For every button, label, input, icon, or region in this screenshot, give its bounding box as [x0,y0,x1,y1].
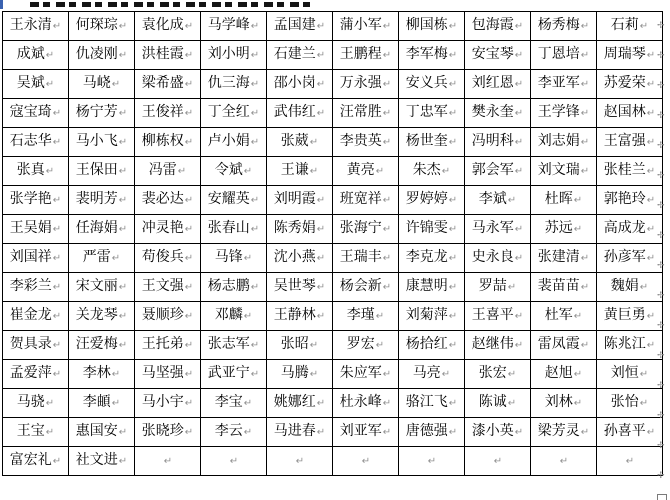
cell-end-mark-icon: ↵ [647,137,655,148]
cell-end-mark-icon: ↵ [185,79,193,90]
name-cell[interactable]: 黄巨勇↵ [597,302,663,331]
name-cell[interactable]: 苏远↵ [531,215,597,244]
name-cell[interactable]: 王静林↵ [267,302,333,331]
name-text: 袁化成 [142,18,184,33]
name-cell[interactable]: 寇宝琦↵ [3,99,69,128]
name-cell[interactable]: 仇三海↵ [201,70,267,99]
name-text: 马学峰 [208,18,250,33]
name-text: 雷凤霞 [538,337,580,352]
name-text: 陈诚 [479,395,507,410]
cell-end-mark-icon: ↵ [164,456,172,467]
name-cell[interactable]: 梁希盛↵ [135,70,201,99]
name-cell[interactable]: 孙彦军↵ [597,244,663,273]
name-text: 成斌 [17,47,45,62]
name-cell[interactable]: 孙喜平↵ [597,418,663,447]
name-text: 王保田 [76,163,118,178]
name-cell[interactable]: 张建清↵ [531,244,597,273]
name-cell[interactable]: 马小宇↵ [135,389,201,418]
name-cell[interactable]: 袁化成↵ [135,12,201,41]
cell-end-mark-icon: ↵ [317,195,325,206]
name-text: 班宽祥 [340,192,382,207]
name-cell[interactable]: 令斌↵ [201,157,267,186]
name-cell[interactable]: 杜军↵ [531,302,597,331]
name-cell[interactable]: 骆江飞↵ [399,389,465,418]
name-cell[interactable]: 裴必达↵ [135,186,201,215]
name-text: 吴斌 [17,76,45,91]
name-cell[interactable]: 王文强↵ [135,273,201,302]
name-cell[interactable]: 张学艳↵ [3,186,69,215]
name-cell[interactable]: 张春山↵ [201,215,267,244]
cell-end-mark-icon: ↵ [119,224,127,235]
name-cell[interactable]: 张桂兰↵ [597,157,663,186]
name-cell[interactable]: 赵国林↵ [597,99,663,128]
name-cell[interactable]: 安宝琴↵ [465,41,531,70]
name-text: 张怡 [611,395,639,410]
name-text: 张葳 [281,134,309,149]
name-cell[interactable]: 王吴娟↵ [3,215,69,244]
empty-cell[interactable]: ↵ [267,447,333,476]
cell-end-mark-icon: ↵ [449,427,457,438]
name-cell[interactable]: 赵旭↵ [531,360,597,389]
name-cell[interactable]: 裴明芳↵ [69,186,135,215]
name-cell[interactable]: 刘菊萍↵ [399,302,465,331]
cell-end-mark-icon: ↵ [581,21,589,32]
name-cell[interactable]: 王宝↵ [3,418,69,447]
cell-end-mark-icon: ↵ [449,137,457,148]
name-cell[interactable]: 崔金龙↵ [3,302,69,331]
name-text: 刘明霞 [274,192,316,207]
name-cell[interactable]: 梁芳灵↵ [531,418,597,447]
cell-end-mark-icon: ↵ [508,282,516,293]
row-end-mark-icon: ✢ [657,471,669,481]
name-roster-body: 王永清↵何琛琮↵袁化成↵马学峰↵孟国建↵蒲小军↵柳国栋↵包海霞↵杨秀梅↵石莉↵成… [3,12,663,476]
cell-end-mark-icon: ↵ [647,340,655,351]
name-cell[interactable]: 班宽祥↵ [333,186,399,215]
cell-end-mark-icon: ↵ [515,108,523,119]
name-cell[interactable]: 许锦雯↵ [399,215,465,244]
cell-end-mark-icon: ↵ [244,166,252,177]
name-text: 刘志娟 [538,134,580,149]
cell-end-mark-icon: ↵ [251,224,259,235]
name-text: 安义兵 [406,76,448,91]
cell-end-mark-icon: ↵ [310,137,318,148]
cell-end-mark-icon: ↵ [647,427,655,438]
cell-end-mark-icon: ↵ [244,398,252,409]
name-cell[interactable]: 李军梅↵ [399,41,465,70]
empty-cell[interactable]: ↵ [399,447,465,476]
name-cell[interactable]: 马坚强↵ [135,360,201,389]
name-text: 罗婷婷 [406,192,448,207]
name-cell[interactable]: 冲灵艳↵ [135,215,201,244]
name-text: 赵国林 [604,105,646,120]
name-cell[interactable]: 丁恩培↵ [531,41,597,70]
name-cell[interactable]: 张葳↵ [267,128,333,157]
name-cell[interactable]: 雷凤霞↵ [531,331,597,360]
name-cell[interactable]: 李瑾↵ [333,302,399,331]
name-cell[interactable]: 罗婷婷↵ [399,186,465,215]
cell-end-mark-icon: ↵ [581,253,589,264]
name-cell[interactable]: 苟俊兵↵ [135,244,201,273]
name-cell[interactable]: 刘志娟↵ [531,128,597,157]
name-text: 李克龙 [406,250,448,265]
name-cell[interactable]: 邵小岗↵ [267,70,333,99]
name-cell[interactable]: 罗喆↵ [465,273,531,302]
name-cell[interactable]: 成斌↵ [3,41,69,70]
name-cell[interactable]: 王谦↵ [267,157,333,186]
name-cell[interactable]: 刘文瑞↵ [531,157,597,186]
name-cell[interactable]: 朱杰↵ [399,157,465,186]
cell-end-mark-icon: ↵ [119,108,127,119]
name-text: 刘国祥 [10,250,52,265]
name-cell[interactable]: 李頔↵ [69,389,135,418]
name-cell[interactable]: 严雷↵ [69,244,135,273]
name-cell[interactable]: 唐德强↵ [399,418,465,447]
cell-end-mark-icon: ↵ [185,282,193,293]
name-text: 刘红恩 [472,76,514,91]
name-text: 王托弟 [142,337,184,352]
cell-end-mark-icon: ↵ [376,166,384,177]
cell-end-mark-icon: ↵ [383,79,391,90]
cell-end-mark-icon: ↵ [310,369,318,380]
table-row: 石志华↵马小飞↵柳栋权↵卢小娟↵张葳↵李贵英↵杨世奎↵冯明科↵刘志娟↵王富强↵ [3,128,663,157]
name-cell[interactable]: 高成龙↵ [597,215,663,244]
table-row: 马骁↵李頔↵马小宇↵李宝↵姚娜红↵杜永峰↵骆江飞↵陈诚↵刘林↵张怡↵ [3,389,663,418]
cell-end-mark-icon: ↵ [449,224,457,235]
name-text: 马小飞 [76,134,118,149]
name-text: 周瑞琴 [604,47,646,62]
name-cell[interactable]: 张晓珍↵ [135,418,201,447]
name-cell[interactable]: 苏爱荣↵ [597,70,663,99]
cell-end-mark-icon: ↵ [515,224,523,235]
name-cell[interactable]: 黄亮↵ [333,157,399,186]
name-cell[interactable]: 聂顺珍↵ [135,302,201,331]
cell-end-mark-icon: ↵ [383,398,391,409]
cell-end-mark-icon: ↵ [442,166,450,177]
name-cell[interactable]: 马峣↵ [69,70,135,99]
name-cell[interactable]: 漆小英↵ [465,418,531,447]
name-cell[interactable]: 任海娟↵ [69,215,135,244]
name-cell[interactable]: 李宝↵ [201,389,267,418]
name-cell[interactable]: 杨世奎↵ [399,128,465,157]
table-row: 吴斌↵马峣↵梁希盛↵仇三海↵邵小岗↵万永强↵安义兵↵刘红恩↵李亚军↵苏爱荣↵ [3,70,663,99]
name-cell[interactable]: 马锋↵ [201,244,267,273]
name-cell[interactable]: 姚娜红↵ [267,389,333,418]
name-text: 关龙琴 [76,308,118,323]
name-cell[interactable]: 马小飞↵ [69,128,135,157]
name-text: 丁忠军 [406,105,448,120]
name-cell[interactable]: 富宏礼↵ [3,447,69,476]
name-cell[interactable]: 王鹏程↵ [333,41,399,70]
name-cell[interactable]: 丁全红↵ [201,99,267,128]
name-cell[interactable]: 卢小娟↵ [201,128,267,157]
name-cell[interactable]: 沈小燕↵ [267,244,333,273]
name-cell[interactable]: 刘恒↵ [597,360,663,389]
name-cell[interactable]: 马腾↵ [267,360,333,389]
name-text: 吴世琴 [274,279,316,294]
name-cell[interactable]: 洪桂霞↵ [135,41,201,70]
empty-cell[interactable]: ↵ [465,447,531,476]
name-cell[interactable]: 张海宁↵ [333,215,399,244]
name-text: 马锋 [215,250,243,265]
cell-end-mark-icon: ↵ [185,108,193,119]
name-cell[interactable]: 李斌↵ [465,186,531,215]
cell-end-mark-icon: ↵ [251,340,259,351]
name-cell[interactable]: 杜晖↵ [531,186,597,215]
name-cell[interactable]: 刘林↵ [531,389,597,418]
name-cell[interactable]: 张宏↵ [465,360,531,389]
cell-end-mark-icon: ↵ [508,369,516,380]
name-text: 张桂兰 [604,163,646,178]
row-end-mark-icon: ✢ [657,201,669,211]
name-text: 王宝 [17,424,45,439]
cell-end-mark-icon: ↵ [185,195,193,206]
name-cell[interactable]: 吴斌↵ [3,70,69,99]
name-text: 苏远 [545,221,573,236]
name-cell[interactable]: 杨秀梅↵ [531,12,597,41]
name-text: 包海霞 [472,18,514,33]
name-text: 张学艳 [10,192,52,207]
cell-end-mark-icon: ↵ [119,166,127,177]
cell-end-mark-icon: ↵ [119,50,127,61]
name-cell[interactable]: 罗宏↵ [333,331,399,360]
name-cell[interactable]: 陈兆江↵ [597,331,663,360]
name-cell[interactable]: 杨拾红↵ [399,331,465,360]
name-cell[interactable]: 李亚军↵ [531,70,597,99]
empty-cell[interactable]: ↵ [333,447,399,476]
name-cell[interactable]: 冯明科↵ [465,128,531,157]
name-cell[interactable]: 杨会新↵ [333,273,399,302]
cell-end-mark-icon: ↵ [376,311,384,322]
cell-end-mark-icon: ↵ [449,79,457,90]
name-cell[interactable]: 裴苗苗↵ [531,273,597,302]
empty-cell[interactable]: ↵ [531,447,597,476]
name-cell[interactable]: 王学锋↵ [531,99,597,128]
name-cell[interactable]: 武伟红↵ [267,99,333,128]
name-cell[interactable]: 何琛琮↵ [69,12,135,41]
name-cell[interactable]: 万永强↵ [333,70,399,99]
name-cell[interactable]: 冯雷↵ [135,157,201,186]
name-text: 杨会新 [340,279,382,294]
name-cell[interactable]: 郭艳玲↵ [597,186,663,215]
name-cell[interactable]: 杜永峰↵ [333,389,399,418]
name-cell[interactable]: 李林↵ [69,360,135,389]
name-text: 黄巨勇 [604,308,646,323]
row-end-mark-icon: ✢ [657,441,669,451]
name-text: 王谦 [281,163,309,178]
name-text: 李云 [215,424,243,439]
cell-end-mark-icon: ↵ [515,166,523,177]
name-cell[interactable]: 丁忠军↵ [399,99,465,128]
cell-end-mark-icon: ↵ [112,369,120,380]
name-cell[interactable]: 蒲小军↵ [333,12,399,41]
cell-end-mark-icon: ↵ [383,224,391,235]
name-cell[interactable]: 安耀英↵ [201,186,267,215]
name-cell[interactable]: 李云↵ [201,418,267,447]
name-cell[interactable]: 柳国栋↵ [399,12,465,41]
cell-end-mark-icon: ↵ [296,456,304,467]
name-cell[interactable]: 柳栋权↵ [135,128,201,157]
name-cell[interactable]: 刘小明↵ [201,41,267,70]
table-row: 张学艳↵裴明芳↵裴必达↵安耀英↵刘明霞↵班宽祥↵罗婷婷↵李斌↵杜晖↵郭艳玲↵ [3,186,663,215]
cell-end-mark-icon: ↵ [317,427,325,438]
name-text: 刘小明 [208,47,250,62]
name-cell[interactable]: 张真↵ [3,157,69,186]
name-cell[interactable]: 安义兵↵ [399,70,465,99]
name-cell[interactable]: 王瑞丰↵ [333,244,399,273]
name-cell[interactable]: 王俊祥↵ [135,99,201,128]
name-cell[interactable]: 社文进↵ [69,447,135,476]
name-cell[interactable]: 刘明霞↵ [267,186,333,215]
name-text: 孟国建 [274,18,316,33]
cell-end-mark-icon: ↵ [185,50,193,61]
table-row: 张真↵王保田↵冯雷↵令斌↵王谦↵黄亮↵朱杰↵郭会军↵刘文瑞↵张桂兰↵ [3,157,663,186]
cell-end-mark-icon: ↵ [574,195,582,206]
empty-cell[interactable]: ↵ [135,447,201,476]
name-text: 苏爱荣 [604,76,646,91]
empty-cell[interactable]: ↵ [597,447,663,476]
name-cell[interactable]: 陈诚↵ [465,389,531,418]
cell-end-mark-icon: ↵ [442,369,450,380]
cell-end-mark-icon: ↵ [640,369,648,380]
name-cell[interactable]: 石建兰↵ [267,41,333,70]
name-text: 聂顺珍 [142,308,184,323]
name-text: 许锦雯 [406,221,448,236]
name-cell[interactable]: 王保田↵ [69,157,135,186]
name-cell[interactable]: 马亮↵ [399,360,465,389]
name-text: 马峣 [83,76,111,91]
cell-end-mark-icon: ↵ [317,50,325,61]
name-cell[interactable]: 宋文丽↵ [69,273,135,302]
cell-end-mark-icon: ↵ [647,224,655,235]
name-cell[interactable]: 李克龙↵ [399,244,465,273]
name-cell[interactable]: 李贵英↵ [333,128,399,157]
table-resize-handle[interactable] [657,494,667,500]
row-end-mark-icon: ✢ [657,411,669,421]
name-cell[interactable]: 陈秀娟↵ [267,215,333,244]
name-cell[interactable]: 朱应军↵ [333,360,399,389]
name-cell[interactable]: 张昭↵ [267,331,333,360]
row-end-mark-icon: ✢ [657,81,669,91]
cell-end-mark-icon: ↵ [119,21,127,32]
name-text: 贺具录 [10,337,52,352]
name-cell[interactable]: 马骁↵ [3,389,69,418]
cell-end-mark-icon: ↵ [119,456,127,467]
name-cell[interactable]: 史永良↵ [465,244,531,273]
table-row: 王宝↵惠国安↵张晓珍↵李云↵马进春↵刘亚军↵唐德强↵漆小英↵梁芳灵↵孙喜平↵ [3,418,663,447]
cell-end-mark-icon: ↵ [185,224,193,235]
text-cursor [0,0,3,9]
cell-end-mark-icon: ↵ [647,253,655,264]
name-text: 安宝琴 [472,47,514,62]
cell-end-mark-icon: ↵ [251,195,259,206]
cell-end-mark-icon: ↵ [230,456,238,467]
cell-end-mark-icon: ↵ [647,166,655,177]
name-cell[interactable]: 王富强↵ [597,128,663,157]
name-cell[interactable]: 马学峰↵ [201,12,267,41]
cell-end-mark-icon: ↵ [515,253,523,264]
name-text: 魏娟 [611,279,639,294]
name-cell[interactable]: 周瑞琴↵ [597,41,663,70]
name-cell[interactable]: 仇凌刚↵ [69,41,135,70]
name-cell[interactable]: 王永清↵ [3,12,69,41]
name-cell[interactable]: 邓麟↵ [201,302,267,331]
name-cell[interactable]: 汪爱梅↵ [69,331,135,360]
name-text: 张建清 [538,250,580,265]
name-cell[interactable]: 孟国建↵ [267,12,333,41]
name-cell[interactable]: 关龙琴↵ [69,302,135,331]
name-cell[interactable]: 杨志鹏↵ [201,273,267,302]
cell-end-mark-icon: ↵ [119,311,127,322]
name-cell[interactable]: 康慧明↵ [399,273,465,302]
name-text: 冲灵艳 [142,221,184,236]
name-cell[interactable]: 包海霞↵ [465,12,531,41]
cell-end-mark-icon: ↵ [251,50,259,61]
cell-end-mark-icon: ↵ [185,369,193,380]
cell-end-mark-icon: ↵ [647,195,655,206]
name-cell[interactable]: 惠国安↵ [69,418,135,447]
cell-end-mark-icon: ↵ [317,311,325,322]
name-cell[interactable]: 孟爱萍↵ [3,360,69,389]
name-cell[interactable]: 刘红恩↵ [465,70,531,99]
cell-end-mark-icon: ↵ [53,21,61,32]
name-text: 沈小燕 [274,250,316,265]
row-end-mark-icon: ✢ [657,381,669,391]
name-cell[interactable]: 杨宁芳↵ [69,99,135,128]
name-cell[interactable]: 樊永奎↵ [465,99,531,128]
name-cell[interactable]: 王喜平↵ [465,302,531,331]
name-text: 赵旭 [545,366,573,381]
cell-end-mark-icon: ↵ [244,253,252,264]
name-cell[interactable]: 刘国祥↵ [3,244,69,273]
empty-cell[interactable]: ↵ [201,447,267,476]
name-cell[interactable]: 王托弟↵ [135,331,201,360]
cell-end-mark-icon: ↵ [640,21,648,32]
name-cell[interactable]: 张志军↵ [201,331,267,360]
name-cell[interactable]: 马永军↵ [465,215,531,244]
name-cell[interactable]: 汪常胜↵ [333,99,399,128]
name-text: 武亚宁 [208,366,250,381]
name-cell[interactable]: 李彩兰↵ [3,273,69,302]
name-text: 王永清 [10,18,52,33]
name-cell[interactable]: 石莉↵ [597,12,663,41]
name-cell[interactable]: 马进春↵ [267,418,333,447]
name-cell[interactable]: 石志华↵ [3,128,69,157]
name-cell[interactable]: 武亚宁↵ [201,360,267,389]
name-text: 冯明科 [472,134,514,149]
name-cell[interactable]: 赵继伟↵ [465,331,531,360]
name-cell[interactable]: 张怡↵ [597,389,663,418]
cell-end-mark-icon: ↵ [383,253,391,264]
name-cell[interactable]: 吴世琴↵ [267,273,333,302]
cell-end-mark-icon: ↵ [317,282,325,293]
row-end-mark-icon: ✢ [657,291,669,301]
name-cell[interactable]: 刘亚军↵ [333,418,399,447]
name-cell[interactable]: 郭会军↵ [465,157,531,186]
row-end-mark-icon: ✢ [657,51,669,61]
name-text: 李宝 [215,395,243,410]
name-text: 石莉 [611,18,639,33]
name-cell[interactable]: 贺具录↵ [3,331,69,360]
cell-end-mark-icon: ↵ [626,456,634,467]
name-text: 杜永峰 [340,395,382,410]
cell-end-mark-icon: ↵ [112,79,120,90]
name-text: 仇三海 [208,76,250,91]
name-cell[interactable]: 魏娟↵ [597,273,663,302]
name-text: 惠国安 [76,424,118,439]
name-text: 张晓珍 [142,424,184,439]
cell-end-mark-icon: ↵ [185,253,193,264]
cell-end-mark-icon: ↵ [119,137,127,148]
